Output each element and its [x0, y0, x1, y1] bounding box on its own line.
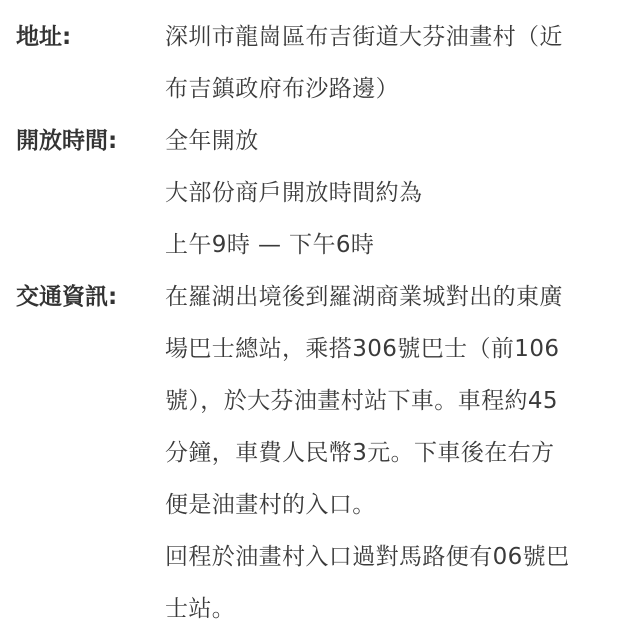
transport-line: 士站。 — [165, 583, 616, 634]
transport-line: 回程於油畫村入口過對馬路便有06號巴 — [165, 531, 616, 583]
transport-line: 在羅湖出境後到羅湖商業城對出的東廣 — [165, 271, 616, 323]
opening-hours-label: 開放時間: — [0, 115, 165, 167]
transport-line: 便是油畫村的入口。 — [165, 479, 616, 531]
info-row-address: 地址: 深圳市龍崗區布吉街道大芬油畫村（近 布吉鎮政府布沙路邊） — [0, 11, 630, 115]
info-row-transport: 交通資訊: 在羅湖出境後到羅湖商業城對出的東廣 場巴士總站，乘搭306號巴士（前… — [0, 271, 630, 634]
address-line: 布吉鎮政府布沙路邊） — [165, 63, 616, 115]
address-label: 地址: — [0, 11, 165, 63]
address-value: 深圳市龍崗區布吉街道大芬油畫村（近 布吉鎮政府布沙路邊） — [165, 11, 630, 115]
info-table: 地址: 深圳市龍崗區布吉街道大芬油畫村（近 布吉鎮政府布沙路邊） 開放時間: 全… — [0, 0, 630, 634]
info-row-opening-hours: 開放時間: 全年開放 大部份商戶開放時間約為 上午9時 — 下午6時 — [0, 115, 630, 271]
transport-line: 場巴士總站，乘搭306號巴士（前106 — [165, 323, 616, 375]
opening-hours-line: 全年開放 — [165, 115, 616, 167]
opening-hours-line: 大部份商戶開放時間約為 — [165, 167, 616, 219]
transport-line: 號），於大芬油畫村站下車。車程約45 — [165, 375, 616, 427]
opening-hours-line: 上午9時 — 下午6時 — [165, 219, 616, 271]
transport-value: 在羅湖出境後到羅湖商業城對出的東廣 場巴士總站，乘搭306號巴士（前106 號）… — [165, 271, 630, 634]
opening-hours-value: 全年開放 大部份商戶開放時間約為 上午9時 — 下午6時 — [165, 115, 630, 271]
transport-label: 交通資訊: — [0, 271, 165, 323]
address-line: 深圳市龍崗區布吉街道大芬油畫村（近 — [165, 11, 616, 63]
transport-line: 分鐘，車費人民幣3元。下車後在右方 — [165, 427, 616, 479]
